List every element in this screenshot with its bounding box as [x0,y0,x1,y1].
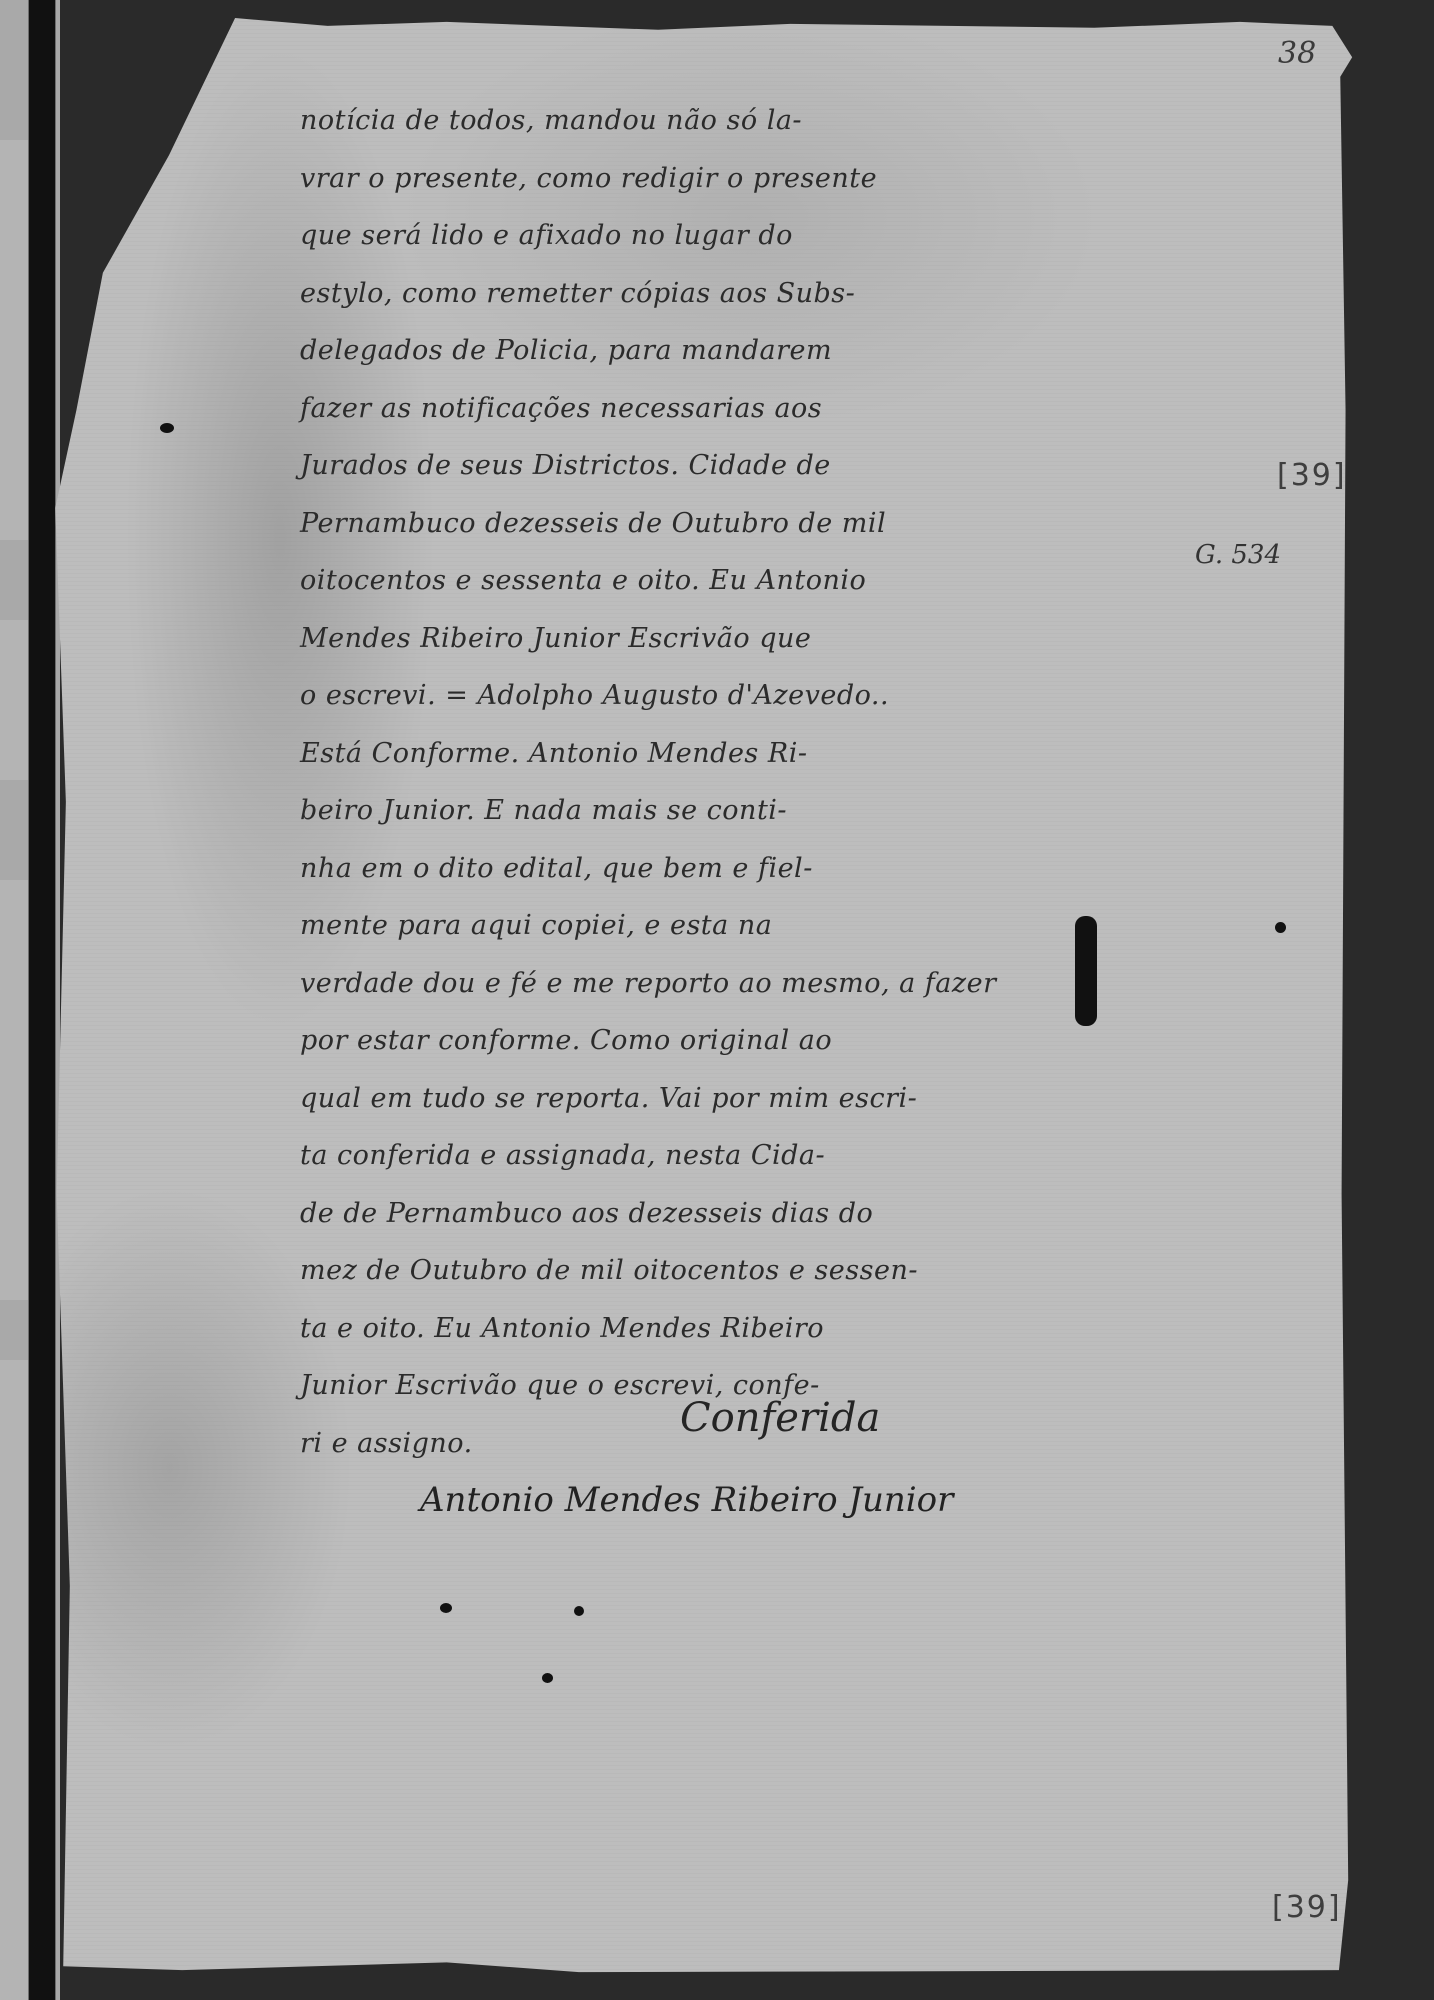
text-line: oitocentos e sessenta e oito. Eu Antonio [300,552,1180,610]
signature: Antonio Mendes Ribeiro Junior [420,1480,953,1520]
text-line: que será lido e afixado no lugar do [300,207,1180,265]
text-line: fazer as notificações necessarias aos [300,380,1180,438]
text-line: beiro Junior. E nada mais se conti- [300,782,1180,840]
folio-number: 38 [1278,36,1316,71]
archive-page-mark: [39] [1277,458,1347,493]
text-line: ta conferida e assignada, nesta Cida- [300,1127,1180,1185]
text-line: por estar conforme. Como original ao [300,1012,1180,1070]
ink-dot [440,1603,452,1613]
text-line: qual em tudo se reporta. Vai por mim esc… [300,1070,1180,1128]
ink-dot [574,1606,584,1616]
text-line: vrar o presente, como redigir o presente [300,150,1180,208]
text-line: mez de Outubro de mil oitocentos e sesse… [300,1242,1180,1300]
book-binding-gutter [28,0,56,2000]
text-line: verdade dou e fé e me reporto ao mesmo, … [300,955,1180,1013]
ink-dot [1275,922,1286,933]
ink-dot [160,423,174,433]
text-line: ta e oito. Eu Antonio Mendes Ribeiro [300,1300,1180,1358]
ink-dot [542,1673,553,1683]
text-line: notícia de todos, mandou não só la- [300,92,1180,150]
text-line: Está Conforme. Antonio Mendes Ri- [300,725,1180,783]
text-line: mente para aqui copiei, e esta na [300,897,1180,955]
text-line: Mendes Ribeiro Junior Escrivão que [300,610,1180,668]
ink-hole [72,323,86,357]
text-line: Pernambuco dezesseis de Outubro de mil [300,495,1180,553]
text-line: nha em o dito edital, que bem e fiel- [300,840,1180,898]
text-line: Jurados de seus Districtos. Cidade de [300,437,1180,495]
text-line: estylo, como remetter cópias aos Subs- [300,265,1180,323]
text-line: de de Pernambuco aos dezesseis dias do [300,1185,1180,1243]
archive-page-mark-bottom: [39] [1272,1890,1342,1925]
text-line: o escrevi. = Adolpho Augusto d'Azevedo.. [300,667,1180,725]
manuscript-body: notícia de todos, mandou não só la- vrar… [300,92,1180,1472]
text-line: delegados de Policia, para mandarem [300,322,1180,380]
closing-word: Conferida [680,1395,880,1441]
margin-reference: G. 534 [1195,540,1281,570]
